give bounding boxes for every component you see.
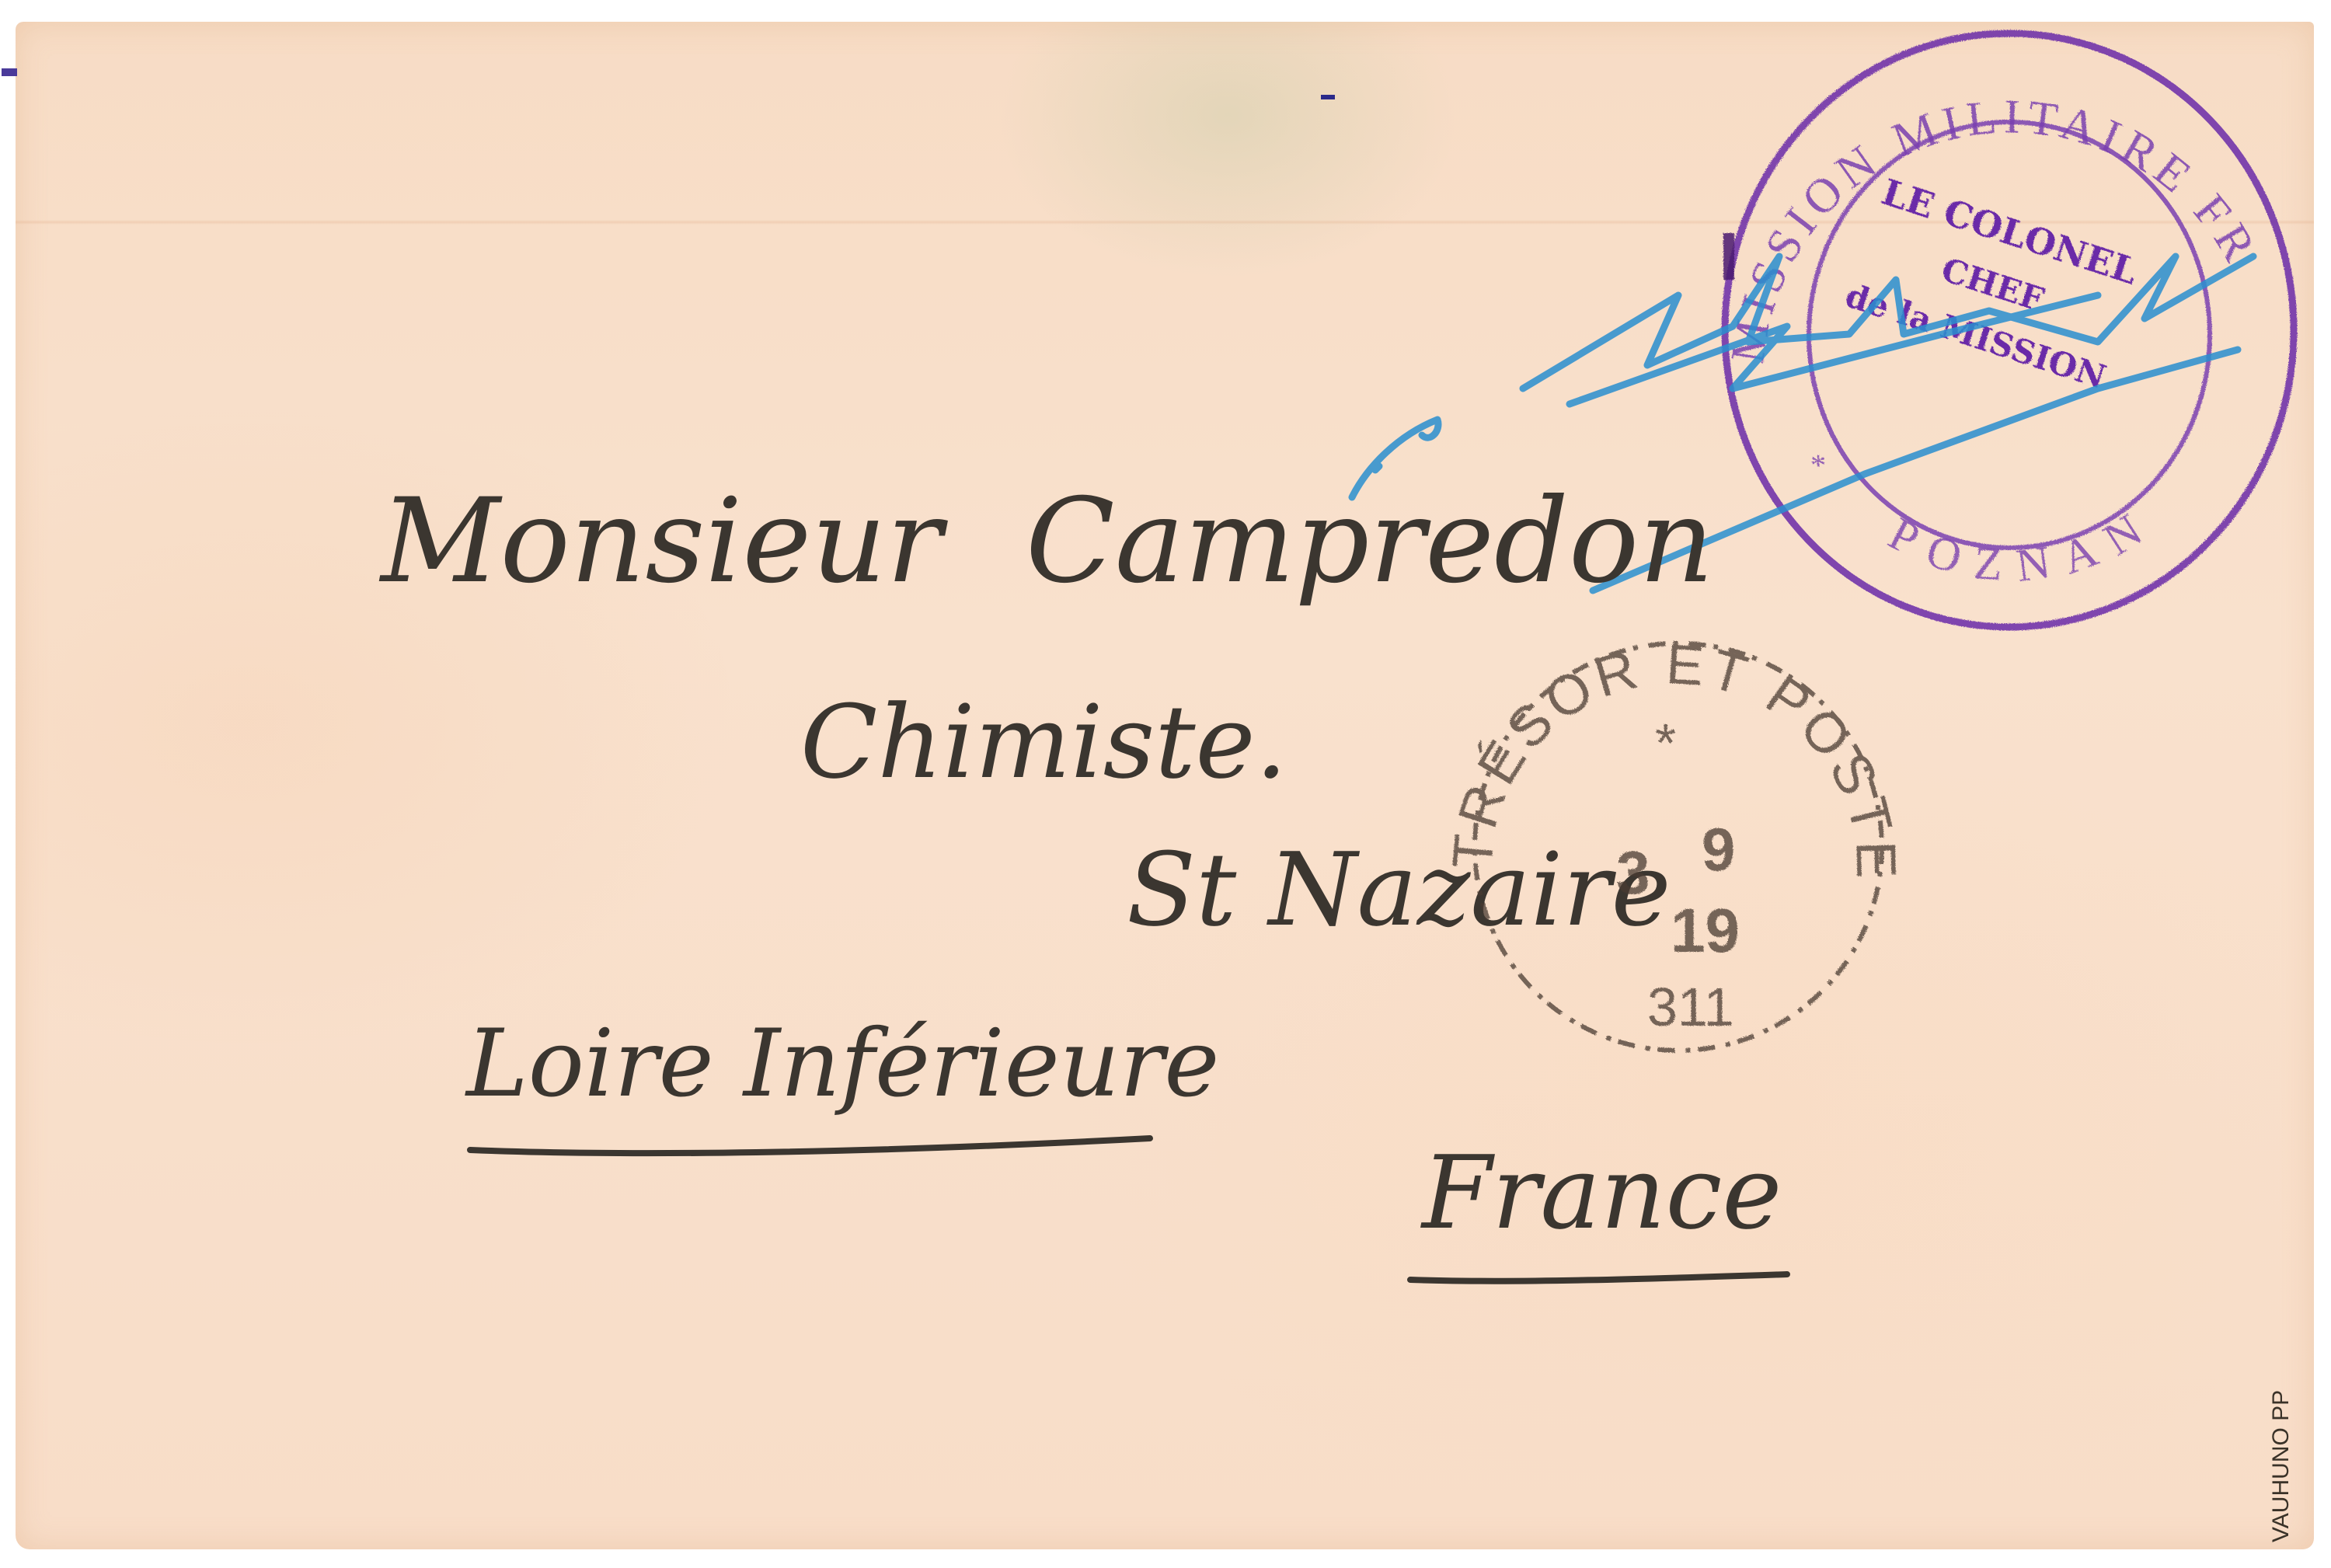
stamp-ink-blot: [1723, 233, 1734, 280]
stray-ink-mark: [1321, 95, 1335, 99]
address-country: France: [1420, 1134, 1782, 1252]
address-department: Loire Inférieure: [465, 1010, 1219, 1118]
address-city: St Nazaire: [1127, 831, 1671, 949]
address-name: Campredon: [1026, 474, 1714, 609]
stamp-center-text: LE COLONEL CHEF de la MISSION: [1841, 170, 2145, 396]
handwritten-address: Monsieur Campredon Chimiste. St Nazaire …: [378, 474, 1787, 1281]
country-underline: [1410, 1274, 1787, 1281]
stray-ink-mark: [2, 68, 17, 76]
postmark-month: 9: [1702, 815, 1735, 883]
address-profession: Chimiste.: [800, 683, 1287, 801]
stamp-ring-text-bottom: POZNAN: [1881, 495, 2165, 592]
official-stamp: MISSION MILITAIRE FR POZNAN * LE COLONEL…: [1721, 33, 2294, 627]
postmark-day: 3: [1616, 838, 1650, 907]
stamp-star-icon: *: [1810, 448, 1826, 483]
postmark-star-icon: *: [1655, 713, 1676, 773]
printer-mark: VAUHUNO PP: [2268, 1390, 2294, 1542]
postmark-year: 19: [1671, 896, 1740, 965]
address-salutation: Monsieur: [378, 474, 949, 609]
department-underline: [470, 1138, 1150, 1153]
postmark-sector: 311: [1647, 977, 1734, 1037]
envelope-markings: MISSION MILITAIRE FR POZNAN * LE COLONEL…: [0, 0, 2331, 1568]
